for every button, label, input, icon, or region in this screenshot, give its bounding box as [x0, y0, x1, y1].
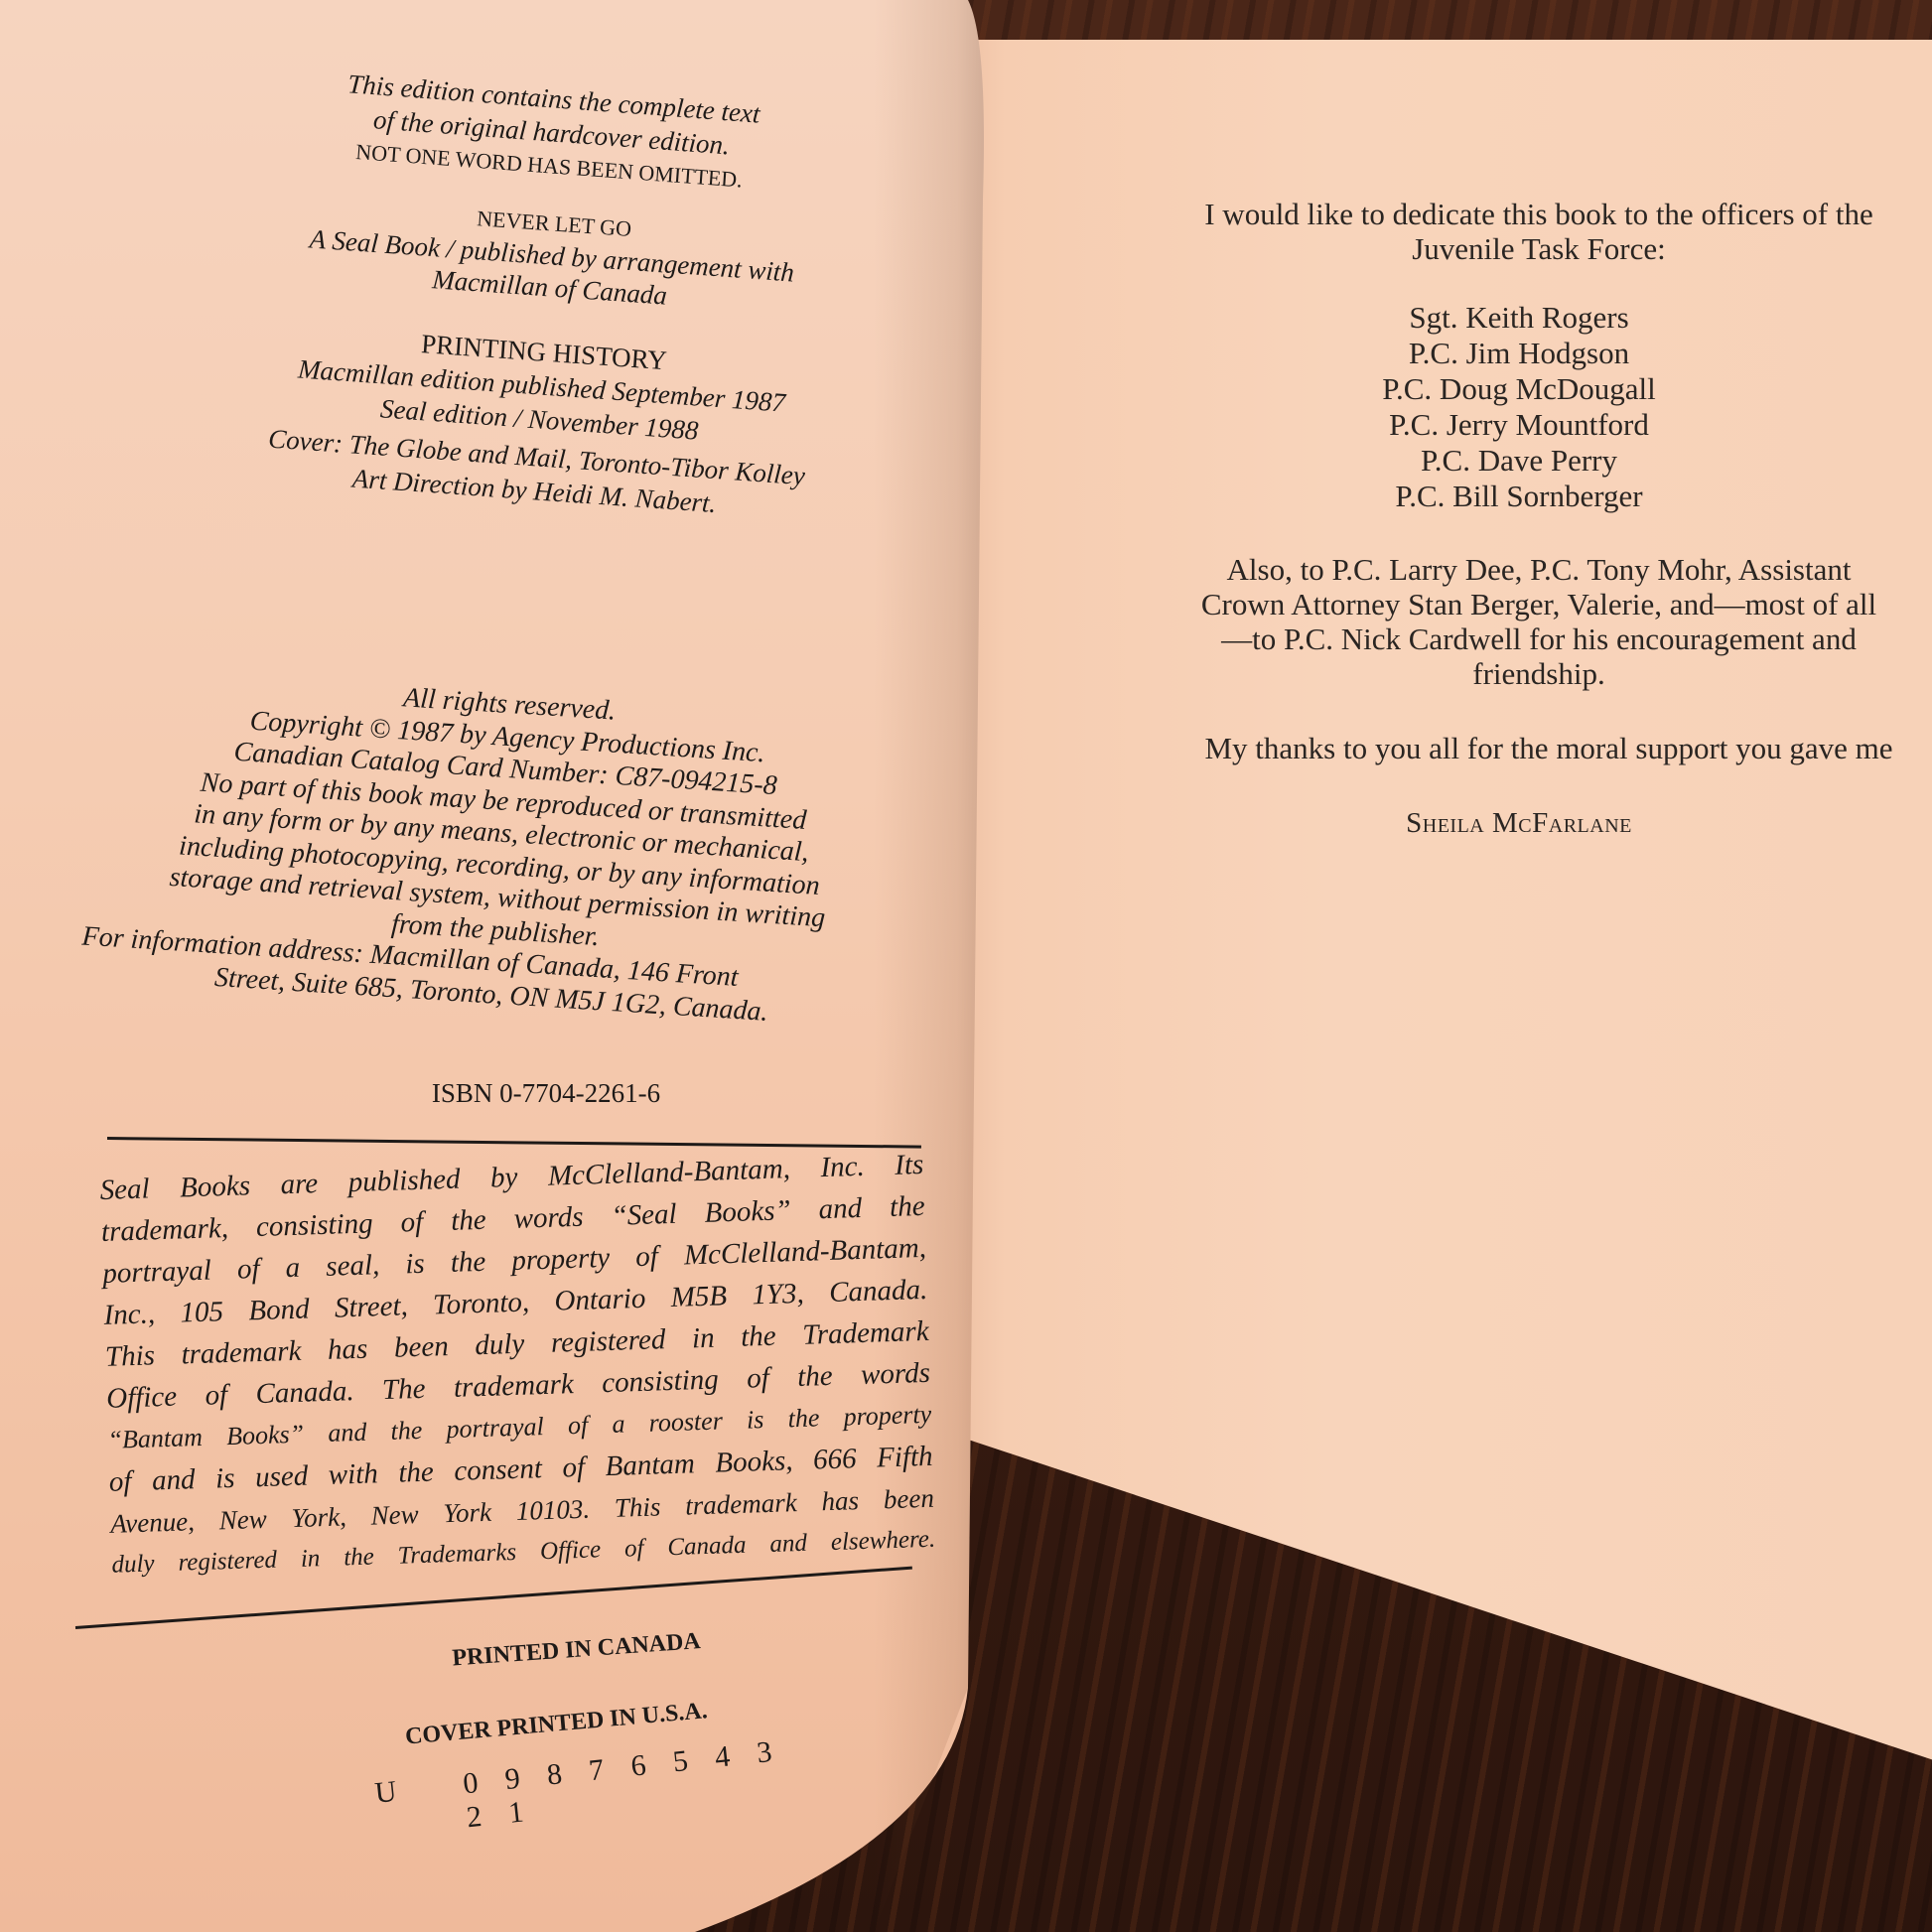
thanks-line: My thanks to you all for the moral suppo… [1052, 731, 1932, 765]
isbn: ISBN 0-7704-2261-6 [357, 1078, 735, 1109]
officer-name: Sgt. Keith Rogers [1251, 300, 1787, 336]
officer-name: P.C. Jim Hodgson [1251, 336, 1787, 371]
author-signature: Sheila McFarlane [1221, 806, 1817, 841]
officer-list: Sgt. Keith Rogers P.C. Jim Hodgson P.C. … [1251, 300, 1787, 514]
officer-name: P.C. Bill Sornberger [1251, 479, 1787, 514]
dedication-line: I would like to dedicate this book to th… [1062, 197, 1932, 231]
trademark-notice: Seal Books are published by McClelland-B… [99, 1144, 936, 1587]
additional-thanks-line: —to P.C. Nick Cardwell for his encourage… [1062, 621, 1932, 656]
additional-thanks-line: Crown Attorney Stan Berger, Valerie, and… [1062, 587, 1932, 621]
dedication: I would like to dedicate this book to th… [1062, 197, 1932, 266]
rights-notice: All rights reserved. Copyright © 1987 by… [79, 663, 922, 1036]
additional-thanks-line: Also, to P.C. Larry Dee, P.C. Tony Mohr,… [1062, 552, 1932, 587]
officer-name: P.C. Doug McDougall [1251, 371, 1787, 407]
officer-name: P.C. Jerry Mountford [1251, 407, 1787, 443]
additional-thanks-line: friendship. [1062, 656, 1932, 691]
additional-thanks: Also, to P.C. Larry Dee, P.C. Tony Mohr,… [1062, 552, 1932, 691]
officer-name: P.C. Dave Perry [1251, 443, 1787, 479]
dedication-line: Juvenile Task Force: [1062, 231, 1932, 266]
